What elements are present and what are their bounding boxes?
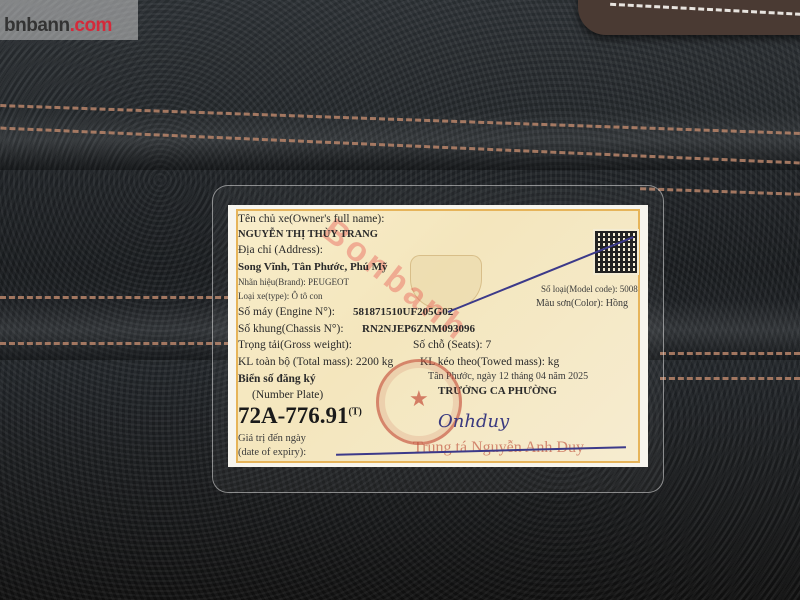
signature: Onhduy	[438, 411, 509, 432]
address-value: Song Vĩnh, Tân Phước, Phú Mỹ	[238, 261, 388, 273]
owner-label: Tên chủ xe(Owner's full name):	[238, 213, 384, 225]
address-label: Địa chỉ (Address):	[238, 244, 323, 256]
paint-color: Màu sơn(Color): Hồng	[536, 298, 628, 309]
stitching	[0, 342, 230, 348]
total-mass: KL toàn bộ (Total mass): 2200 kg	[238, 356, 393, 368]
chassis-number: RN2NJEP6ZNM093096	[362, 323, 475, 335]
registration-card: Bonbanh Tên chủ xe(Owner's full name): N…	[228, 205, 648, 467]
official-stamp: ★	[376, 359, 462, 445]
expiry-label: Giá trị đến ngày	[238, 433, 306, 444]
engine-label: Số máy (Engine N°):	[238, 306, 335, 318]
site-logo: bnbann.com	[0, 0, 138, 40]
stitching	[660, 352, 800, 358]
engine-number: 581871510UF205G02	[353, 306, 453, 318]
brand: Nhãn hiệu(Brand): PEUGEOT	[238, 277, 349, 287]
stitching	[660, 377, 800, 383]
owner-name: NGUYỄN THỊ THÙY TRANG	[238, 229, 378, 240]
plate-label-en: (Number Plate)	[252, 389, 323, 401]
chassis-label: Số khung(Chassis N°):	[238, 323, 344, 335]
vehicle-type: Loại xe(type): Ô tô con	[238, 291, 322, 301]
seats: Số chỗ (Seats): 7	[413, 339, 491, 351]
number-plate: 72A-776.91(T)	[238, 403, 362, 429]
star-icon: ★	[409, 386, 429, 412]
model-code: Số loại(Model code): 5008	[541, 284, 638, 294]
gross-weight-label: Trọng tải(Gross weight):	[238, 339, 352, 351]
card-face: Bonbanh Tên chủ xe(Owner's full name): N…	[236, 209, 640, 463]
site-logo-text: bnbann.com	[4, 15, 112, 37]
expiry-label-en: (date of expiry):	[238, 447, 306, 458]
stitching	[0, 296, 230, 302]
plate-label: Biển số đăng ký	[238, 373, 316, 385]
